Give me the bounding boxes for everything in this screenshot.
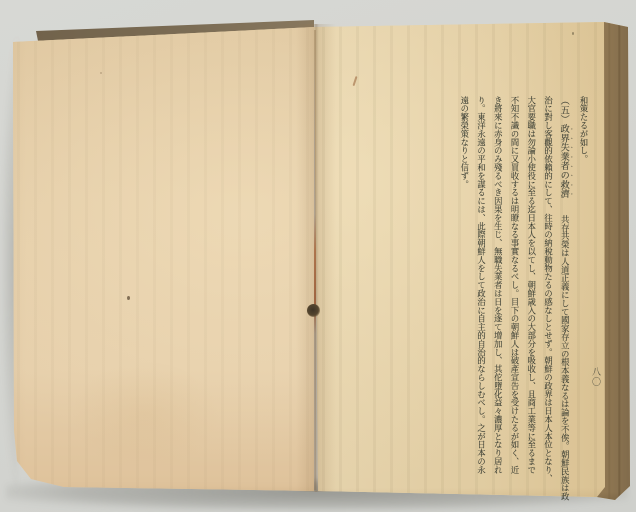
book-photo: 和策たるが如し。 （五）政界失業者の救濟 共存共榮は人道正義にして國家存立の根本… [0,0,636,512]
page-number: 八〇 [590,367,603,387]
text-column: 治に對し客觀的依賴的にして、往時の納稅動物たるの感なしとせず。朝鮮の政界は日本人… [539,96,556,476]
text-column: 遠の繁榮策なりと信ず。 [455,96,472,476]
text-column: り。東洋永遠の平和を謀るには、此際朝鮮人をして政治に自主的自治的ならしむべし。之… [472,96,489,476]
paper-stain [70,360,220,470]
gutter-crease [314,30,316,490]
text-column: き將來に赤身のみ殘るべき因果を生じ、無職失業者は日を逐て增加し、其佗墮化益々濃厚… [489,96,506,476]
heading-emphasized: 政界失業者の救濟 [559,124,569,198]
heading-number: （五） [559,96,569,124]
paper-speck [572,32,574,35]
text-column: 不知不識の間に又買收するは明瞭なる事實なるべし。目下の朝鮮人は破產宣告を受けたる… [505,96,522,476]
text-column: 和策たるが如し。 [574,96,591,476]
text-column-heading: （五）政界失業者の救濟 共存共榮は人道正義にして國家存立の根本義なるは論を不俟。… [556,96,575,476]
text-column: 大官要職は勿論小使役に至る迄日本人を以てし、朝鮮歳入の大部分を吸收し、且商工業等… [522,96,539,476]
binding-hole [307,304,320,317]
paper-speck [100,72,102,74]
book-gutter [296,24,336,492]
paper-speck [127,296,130,300]
heading-body: 共存共榮は人道正義にして國家存立の根本義なるは論を不俟。朝鮮民族は政 [560,198,569,500]
text-block: 和策たるが如し。 （五）政界失業者の救濟 共存共榮は人道正義にして國家存立の根本… [457,96,591,476]
